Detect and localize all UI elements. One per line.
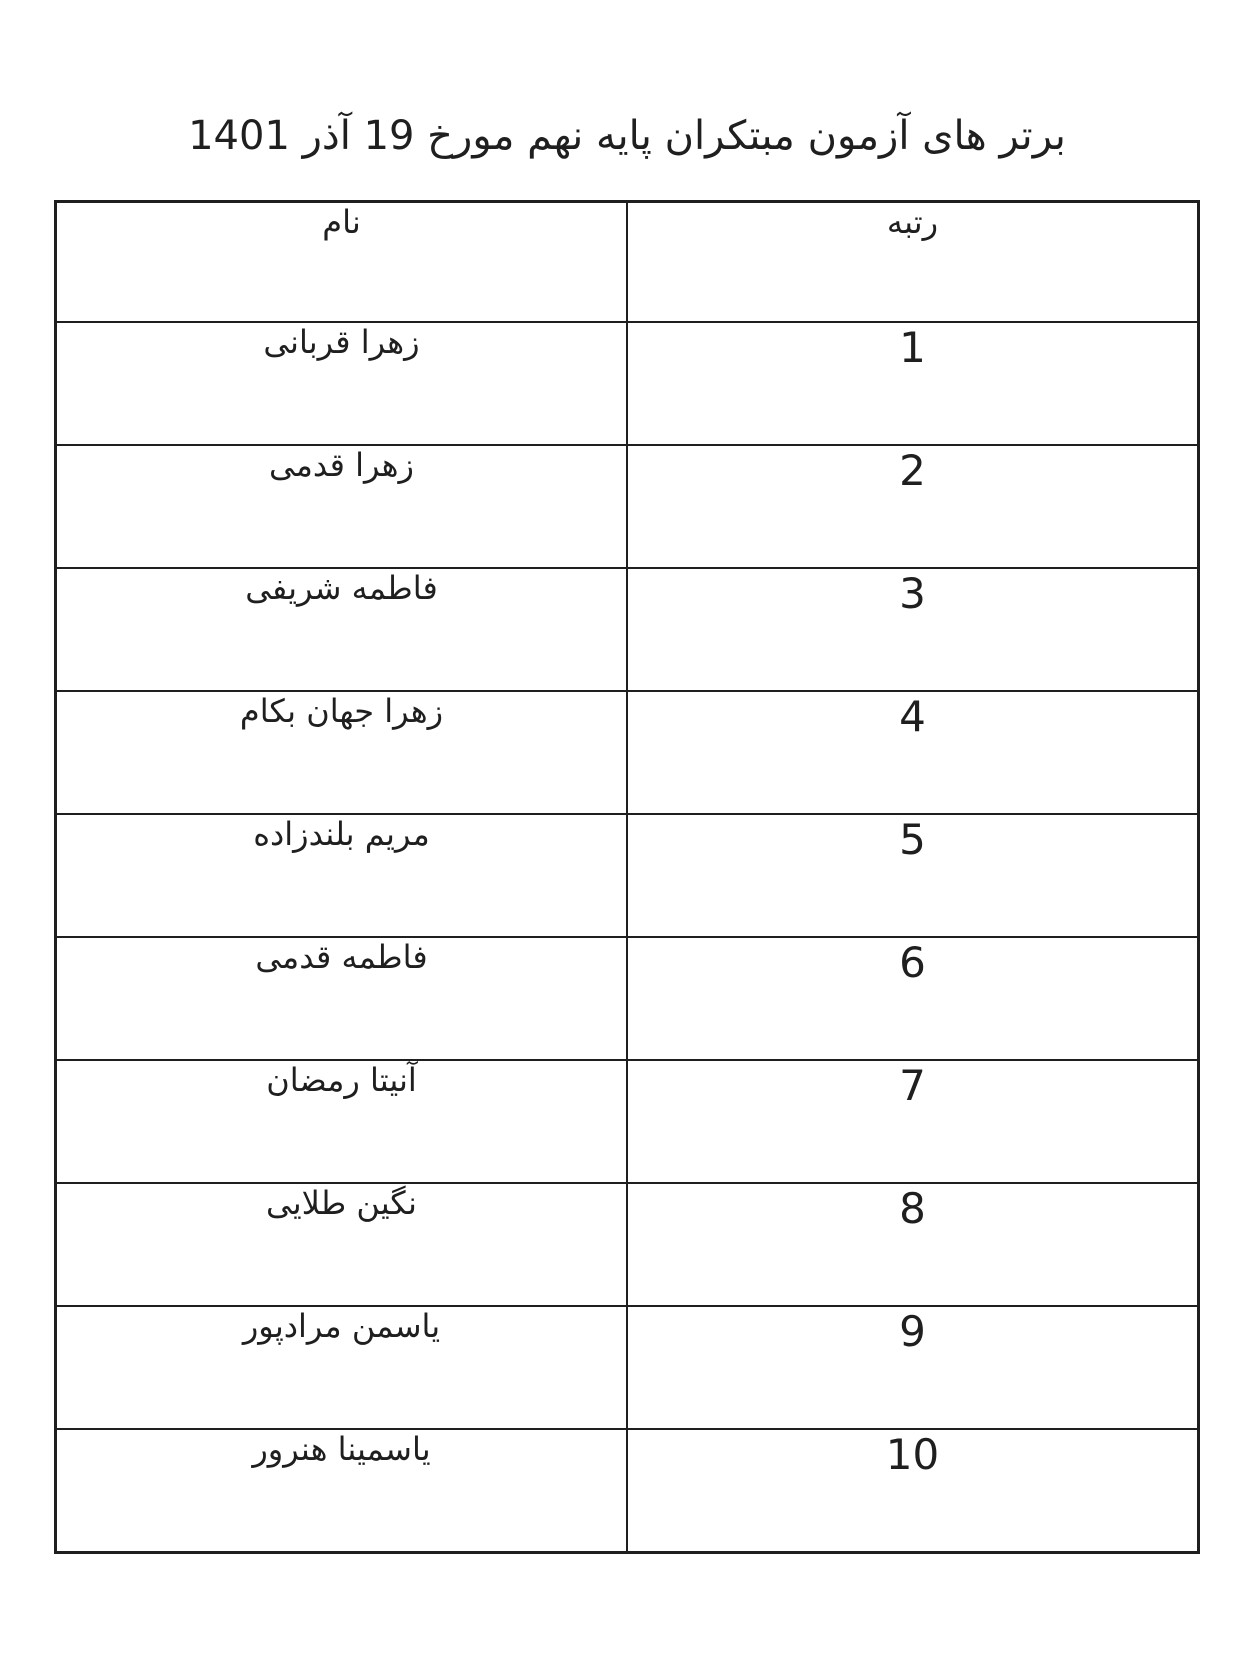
document-page: برتر های آزمون مبتکران پایه نهم مورخ 19 … <box>0 0 1238 1654</box>
table-row: زهرا قدمی2 <box>56 445 1199 568</box>
table-row: زهرا قربانی1 <box>56 322 1199 445</box>
student-name-cell: یاسمن مرادپور <box>56 1306 628 1429</box>
rank-cell: 4 <box>627 691 1199 814</box>
student-name-cell: یاسمینا هنرور <box>56 1429 628 1553</box>
header-row: نام رتبه <box>56 202 1199 323</box>
rank-cell: 3 <box>627 568 1199 691</box>
column-header-rank: رتبه <box>627 202 1199 323</box>
student-name-cell: نگین طلایی <box>56 1183 628 1306</box>
rank-cell: 5 <box>627 814 1199 937</box>
document-title: برتر های آزمون مبتکران پایه نهم مورخ 19 … <box>54 0 1200 168</box>
table-row: مریم بلندزاده5 <box>56 814 1199 937</box>
student-name-cell: زهرا جهان بکام <box>56 691 628 814</box>
student-name-cell: فاطمه شریفی <box>56 568 628 691</box>
table-header: نام رتبه <box>56 202 1199 323</box>
student-name-cell: مریم بلندزاده <box>56 814 628 937</box>
rank-cell: 6 <box>627 937 1199 1060</box>
student-name-cell: آنیتا رمضان <box>56 1060 628 1183</box>
rank-cell: 2 <box>627 445 1199 568</box>
table-row: یاسمینا هنرور10 <box>56 1429 1199 1553</box>
table-row: یاسمن مرادپور9 <box>56 1306 1199 1429</box>
rank-cell: 8 <box>627 1183 1199 1306</box>
student-name-cell: زهرا قدمی <box>56 445 628 568</box>
rankings-table: نام رتبه زهرا قربانی1زهرا قدمی2فاطمه شری… <box>54 200 1200 1554</box>
table-row: فاطمه شریفی3 <box>56 568 1199 691</box>
student-name-cell: زهرا قربانی <box>56 322 628 445</box>
student-name-cell: فاطمه قدمی <box>56 937 628 1060</box>
table-body: زهرا قربانی1زهرا قدمی2فاطمه شریفی3زهرا ج… <box>56 322 1199 1553</box>
rank-cell: 7 <box>627 1060 1199 1183</box>
rank-cell: 10 <box>627 1429 1199 1553</box>
column-header-name: نام <box>56 202 628 323</box>
rank-cell: 1 <box>627 322 1199 445</box>
table-row: زهرا جهان بکام4 <box>56 691 1199 814</box>
table-row: آنیتا رمضان7 <box>56 1060 1199 1183</box>
table-row: فاطمه قدمی6 <box>56 937 1199 1060</box>
rank-cell: 9 <box>627 1306 1199 1429</box>
table-row: نگین طلایی8 <box>56 1183 1199 1306</box>
